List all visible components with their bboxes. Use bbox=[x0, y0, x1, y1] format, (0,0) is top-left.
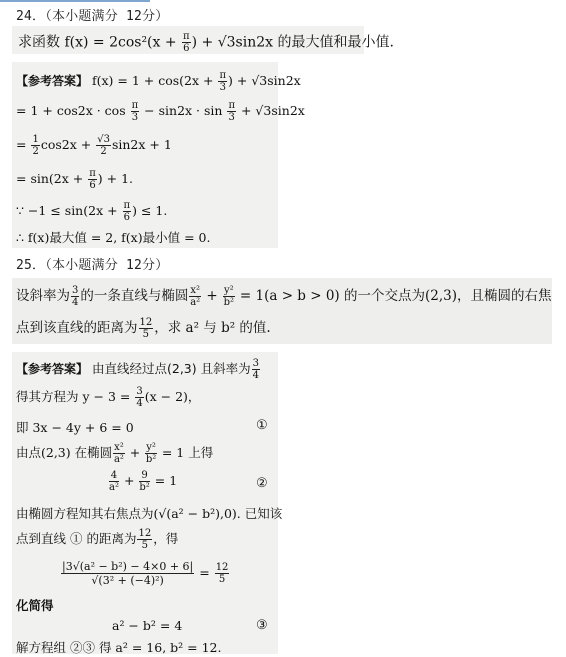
answer-line-6: ∴ f(x)最大值 = 2, f(x)最小值 = 0. bbox=[16, 228, 210, 246]
problem-25-question: 设斜率为34的一条直线与椭圆x²a² + y²b² = 1(a > b > 0)… bbox=[12, 278, 552, 344]
answer-line-3: 即 3x − 4y + 6 = 0 bbox=[16, 418, 134, 436]
equation-number-2: ② bbox=[256, 476, 268, 491]
answer-line-4: 由点(2,3) 在椭圆x²a² + y²b² = 1 上得 bbox=[16, 442, 213, 465]
answer-line-9: 化简得 bbox=[16, 596, 54, 614]
answer-line-8: |3√(a² − b²) − 4×0 + 6|√(3² + (−4)²) = 1… bbox=[60, 560, 230, 587]
answer-line-3: = 12cos2x + √32sin2x + 1 bbox=[16, 134, 172, 157]
equation-number-1: ① bbox=[256, 418, 268, 433]
problem-24-answer: 【参考答案】 f(x) = 1 + cos(2x + π3) + √3sin2x… bbox=[12, 62, 278, 248]
answer-line-6: 由椭圆方程知其右焦点为(√(a² − b²),0). 已知该 bbox=[16, 504, 282, 522]
fraction: π6 bbox=[182, 31, 191, 54]
top-border-line bbox=[0, 0, 150, 2]
answer-line-2: 得其方程为 y − 3 = 34(x − 2)， bbox=[16, 386, 200, 409]
answer-line-10: a² − b² = 4 bbox=[112, 618, 182, 633]
answer-line-5: ∵ −1 ≤ sin(2x + π6) ≤ 1. bbox=[16, 200, 167, 223]
question-text: ) + √3sin2x 的最大值和最小值. bbox=[192, 35, 394, 51]
problem-24-heading: 24．（本小题满分 12分） bbox=[16, 5, 168, 24]
equation-number-3: ③ bbox=[256, 618, 268, 633]
answer-line-7: 点到直线 ① 的距离为125，得 bbox=[16, 528, 178, 551]
answer-line-1: 【参考答案】 f(x) = 1 + cos(2x + π3) + √3sin2x bbox=[16, 70, 301, 93]
question-text: 求函数 f(x) = 2cos²(x + bbox=[18, 35, 181, 51]
problem-25-answer: 【参考答案】 由直线经过点(2,3) 且斜率为34 得其方程为 y − 3 = … bbox=[12, 352, 278, 654]
answer-line-5: 4a² + 9b² = 1 bbox=[108, 470, 177, 493]
answer-line-2: = 1 + cos2x · cos π3 − sin2x · sin π3 + … bbox=[16, 100, 305, 123]
answer-line-11: 解方程组 ②③ 得 a² = 16, b² = 12. bbox=[16, 638, 221, 656]
answer-label: 【参考答案】 bbox=[16, 362, 88, 376]
answer-line-1: 【参考答案】 由直线经过点(2,3) 且斜率为34 bbox=[16, 358, 261, 381]
answer-label: 【参考答案】 bbox=[16, 74, 88, 88]
problem-24-question: 求函数 f(x) = 2cos²(x + π6) + √3sin2x 的最大值和… bbox=[12, 26, 364, 54]
problem-25-heading: 25．（本小题满分 12分） bbox=[16, 254, 168, 273]
answer-line-4: = sin(2x + π6) + 1. bbox=[16, 168, 133, 191]
